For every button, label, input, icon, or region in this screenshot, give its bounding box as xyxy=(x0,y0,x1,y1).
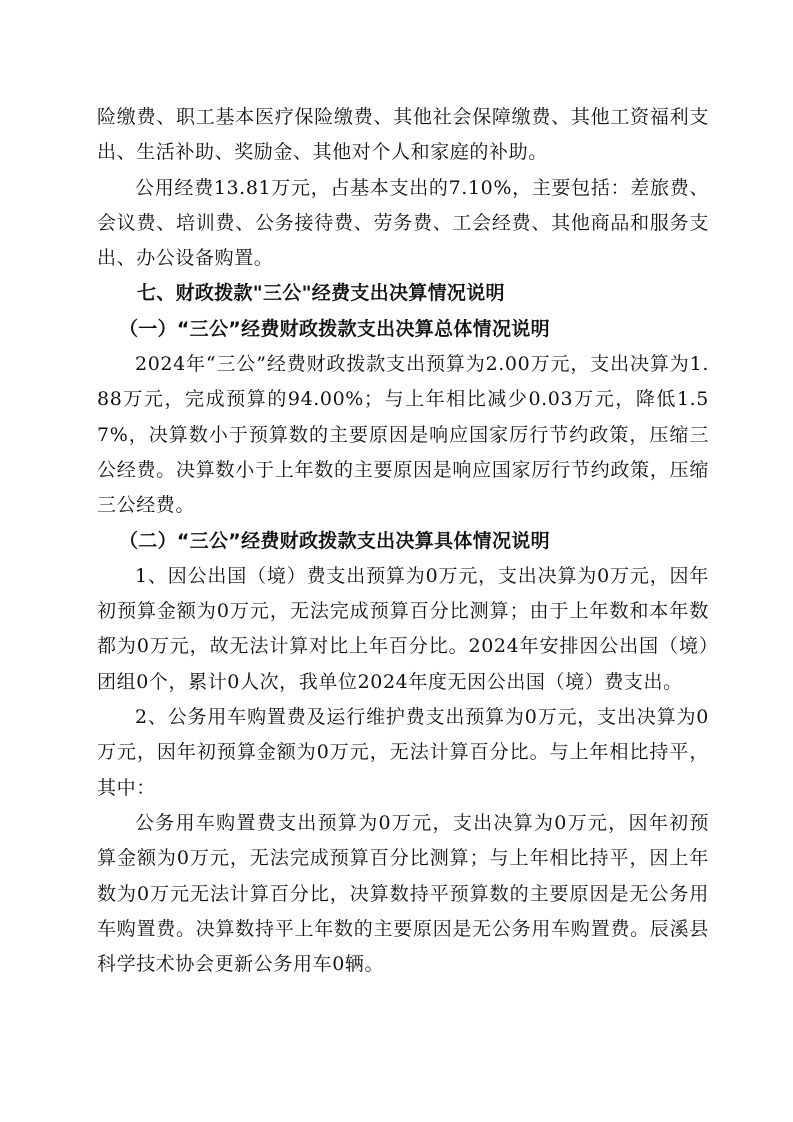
paragraph-overseas-travel: 1、因公出国（境）费支出预算为0万元，支出决算为0万元，因年初预算金额为0万元，… xyxy=(97,559,709,700)
subsection-heading-overall: （一）“三公”经费财政拨款支出决算总体情况说明 xyxy=(97,312,709,347)
document-page: 险缴费、职工基本医疗保险缴费、其他社会保障缴费、其他工资福利支出、生活补助、奖励… xyxy=(97,100,709,982)
paragraph-benefits-continued: 险缴费、职工基本医疗保险缴费、其他社会保障缴费、其他工资福利支出、生活补助、奖励… xyxy=(97,100,709,171)
section-heading-seven: 七、财政拨款"三公"经费支出决算情况说明 xyxy=(97,276,709,311)
paragraph-vehicle-purchase: 公务用车购置费支出预算为0万元，支出决算为0万元，因年初预算金额为0万元，无法完… xyxy=(97,806,709,982)
paragraph-overall-summary: 2024年“三公”经费财政拨款支出预算为2.00万元，支出决算为1.88万元，完… xyxy=(97,347,709,523)
paragraph-vehicle-expenses: 2、公务用车购置费及运行维护费支出预算为0万元，支出决算为0万元，因年初预算金额… xyxy=(97,700,709,806)
subsection-heading-specific: （二）“三公”经费财政拨款支出决算具体情况说明 xyxy=(97,524,709,559)
paragraph-public-expenses: 公用经费13.81万元，占基本支出的7.10%，主要包括：差旅费、会议费、培训费… xyxy=(97,171,709,277)
